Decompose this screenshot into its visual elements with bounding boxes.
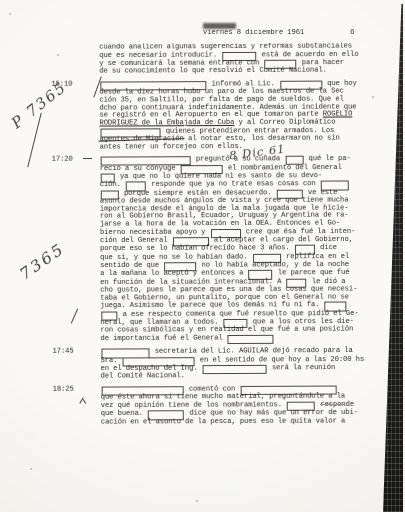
transcript-paragraph: cuando analicen algunas sugerencias y re… (99, 43, 365, 76)
transcript-paragraph: 17:45 secretaria del Lic. AGUILAR dejó r… (100, 348, 366, 382)
paper-speck (9, 13, 11, 15)
document-page: viernes 8 diciembre 1961 6 cuando analic… (0, 0, 405, 512)
film-edge-strip (383, 4, 403, 512)
transcript: cuando analicen algunas sugerencias y re… (99, 43, 367, 432)
redaction-box (228, 335, 274, 344)
timestamp: 17:45 (52, 349, 73, 357)
paper-speck (196, 500, 198, 502)
paper-speck (30, 468, 32, 470)
transcript-line: cación en el asunto de la pesca, pues es… (101, 418, 367, 427)
faint-rule-mark (320, 404, 344, 405)
document-date: viernes 8 diciembre 1961 (203, 29, 304, 37)
paper-speck (57, 54, 59, 56)
pen-slash-mark (71, 308, 79, 323)
underlined-text: RODRIGUEZ de la Embajada de Cuba (99, 119, 234, 128)
transcript-paragraph: 17:20 preguntó a su cuñada qué le pa-rec… (100, 156, 367, 344)
paper-speck (372, 96, 374, 98)
transcript-line: de su conocimiento lo que resolvió el Co… (99, 68, 365, 77)
timestamp: 18:25 (53, 387, 74, 395)
pen-dash-mark (83, 158, 92, 159)
struck-text: agentes de Migración (100, 135, 184, 143)
transcript-paragraph: 15:10 informó al Lic. que hoydesde la di… (99, 80, 365, 151)
stray-mark (83, 399, 87, 404)
handwritten-code-mid: 7365 (16, 239, 68, 284)
page-number: 6 (350, 29, 355, 37)
transcript-line: de importancia fué el General (100, 334, 366, 344)
transcript-paragraph: 18:25 comentó con que éste ahora sí tien… (101, 385, 367, 427)
timestamp: 17:20 (52, 157, 73, 165)
redaction-box (203, 365, 267, 374)
